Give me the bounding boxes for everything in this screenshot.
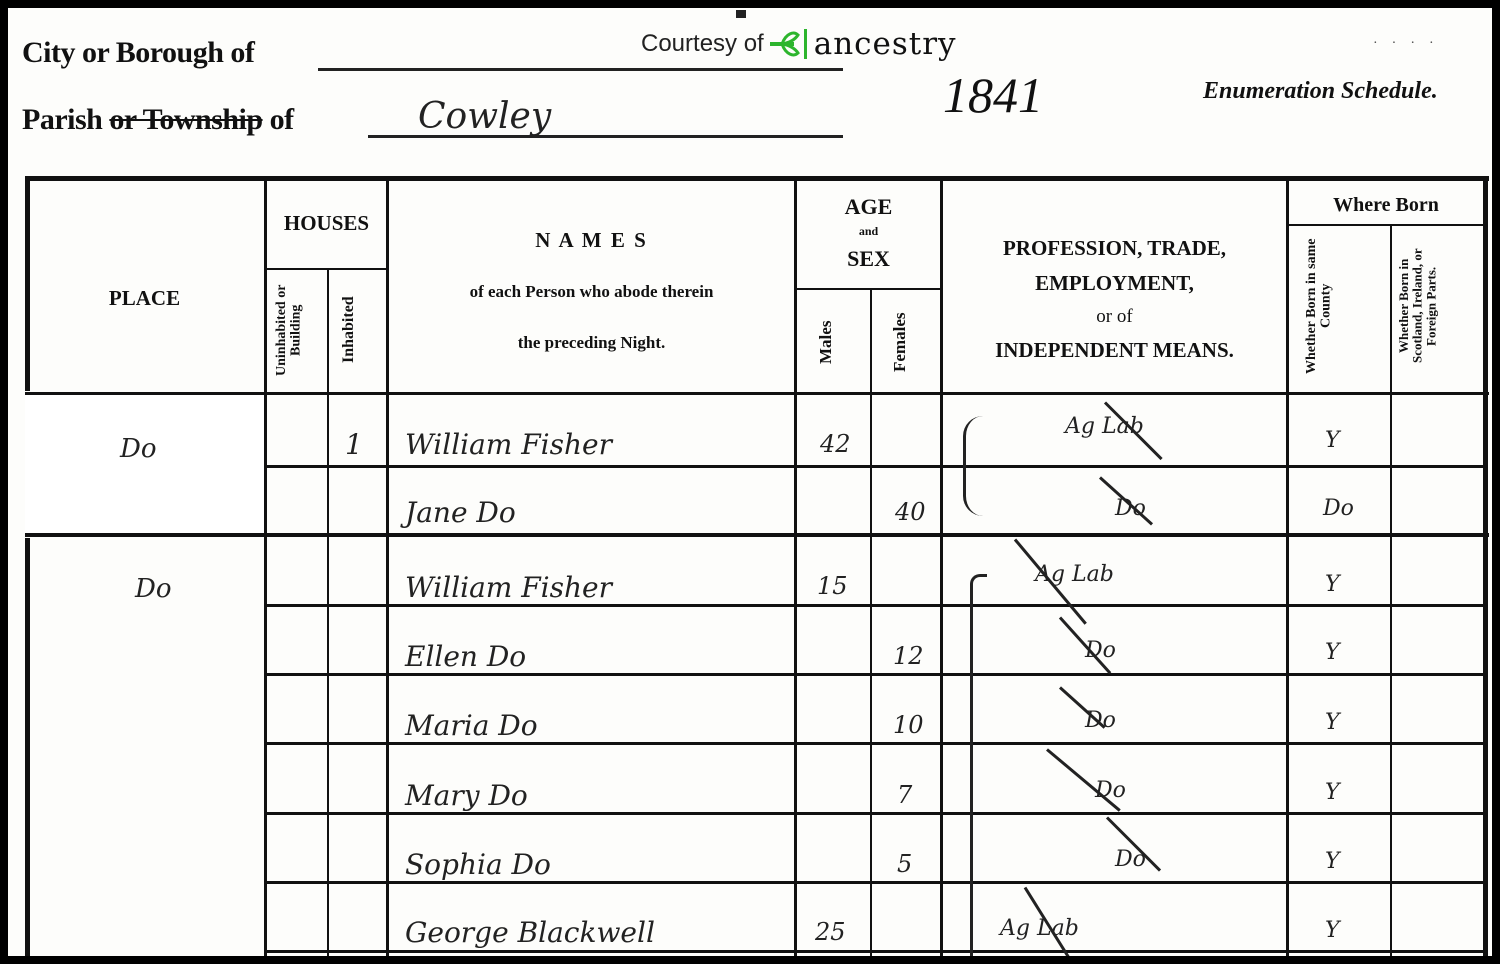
col-header-profession-2: EMPLOYMENT, [943, 271, 1286, 296]
where-born-subline [1289, 224, 1483, 226]
col-header-houses: HOUSES [267, 211, 386, 236]
col-header-profession-1: PROFESSION, TRADE, [943, 236, 1286, 261]
row-line-h2-2 [267, 673, 1483, 676]
col-header-place: PLACE [25, 286, 264, 311]
row-female-age: 40 [895, 498, 926, 526]
col-header-and: and [797, 224, 940, 239]
row-female-age: 12 [893, 642, 924, 670]
row-line-h2-1 [267, 604, 1483, 607]
row-profession: Ag Lab [1000, 916, 1079, 941]
row-name: William Fisher [405, 571, 612, 604]
row-same-county: Y [1325, 849, 1340, 874]
row-line-h2-5 [267, 881, 1483, 884]
row-male-age: 25 [815, 918, 846, 946]
ancestry-leaf-icon [768, 27, 810, 61]
row-name: George Blackwell [405, 916, 655, 949]
row-female-age: 5 [897, 850, 912, 878]
table-left-border [25, 176, 30, 391]
col-divider-age [794, 176, 797, 956]
row-name: Ellen Do [405, 640, 526, 673]
table-right-border [1483, 176, 1488, 956]
col-header-sex: SEX [797, 246, 940, 272]
col-header-age: AGE [797, 194, 940, 220]
census-year: 1841 [943, 66, 1043, 124]
col-header-males: Males [817, 296, 847, 388]
col-divider-houses [327, 268, 329, 956]
col-header-names-sub1: of each Person who abode therein [389, 282, 794, 302]
row-line-h2-6 [267, 950, 1483, 953]
household-2-place: Do [135, 574, 172, 604]
row-name: William Fisher [405, 428, 612, 461]
page-mark [736, 10, 746, 18]
col-header-names-sub2: the preceding Night. [389, 333, 794, 353]
col-header-born-foreign: Whether Born in Scotland, Ireland, or Fo… [1397, 232, 1477, 380]
row-male-age: 42 [820, 430, 851, 458]
household-1-place: Do [120, 434, 157, 464]
ancestry-brand: ancestry [814, 26, 957, 62]
row-same-county: Y [1325, 640, 1340, 665]
row-name: Maria Do [405, 709, 538, 742]
parish-value: Cowley [418, 96, 551, 137]
col-header-profession-3: or of [943, 306, 1286, 328]
row-same-county: Do [1323, 496, 1354, 521]
household-1-bottom [25, 533, 1489, 537]
household-1-place-band [25, 395, 264, 535]
city-borough-line [318, 68, 843, 71]
row-same-county: Y [1325, 428, 1340, 453]
row-same-county: Y [1325, 780, 1340, 805]
row-line-h1-1 [267, 465, 1483, 468]
row-female-age: 10 [893, 711, 924, 739]
township-struck-text: or Township [109, 103, 262, 136]
row-male-age: 15 [817, 572, 848, 600]
col-divider-place [264, 176, 267, 956]
col-divider-where-born [1286, 176, 1289, 956]
row-same-county: Y [1325, 918, 1340, 943]
col-header-uninhabited: Uninhabited or Building [275, 274, 321, 386]
schedule-title: Enumeration Schedule. [1203, 78, 1438, 105]
col-divider-sex [870, 288, 872, 956]
age-subline [797, 288, 940, 290]
col-header-born-same-county: Whether Born in same County [1305, 232, 1375, 380]
col-header-where-born: Where Born [1289, 194, 1483, 217]
household-1-inhabited: 1 [345, 428, 363, 461]
col-divider-born-foreign [1390, 224, 1392, 956]
row-name: Sophia Do [405, 848, 551, 881]
city-borough-label: City or Borough of [22, 36, 254, 70]
bracket-stroke [963, 416, 986, 516]
col-header-females: Females [891, 296, 921, 388]
row-name: Jane Do [405, 496, 516, 529]
courtesy-banner: Courtesy of ancestry [641, 26, 957, 62]
row-same-county: Y [1325, 572, 1340, 597]
row-line-h2-4 [267, 812, 1483, 815]
parish-label: Parish or Township of [22, 103, 294, 137]
census-page: City or Borough of Parish or Township of… [8, 8, 1492, 956]
courtesy-text: Courtesy of [641, 30, 764, 58]
row-line-h2-3 [267, 742, 1483, 745]
row-same-county: Y [1325, 710, 1340, 735]
col-header-names: N A M E S [389, 228, 794, 253]
header-dots: ···· [1373, 36, 1448, 52]
row-profession: Do [1095, 778, 1126, 803]
bracket-stroke [970, 574, 987, 956]
row-female-age: 7 [897, 781, 912, 809]
col-header-profession-4: INDEPENDENT MEANS. [943, 338, 1286, 363]
table-left-border-lower [25, 538, 30, 956]
row-name: Mary Do [405, 779, 528, 812]
houses-subline [267, 268, 386, 270]
col-header-inhabited: Inhabited [341, 274, 371, 386]
census-table: PLACE HOUSES Uninhabited or Building Inh… [25, 176, 1489, 956]
table-top-border [25, 176, 1489, 181]
